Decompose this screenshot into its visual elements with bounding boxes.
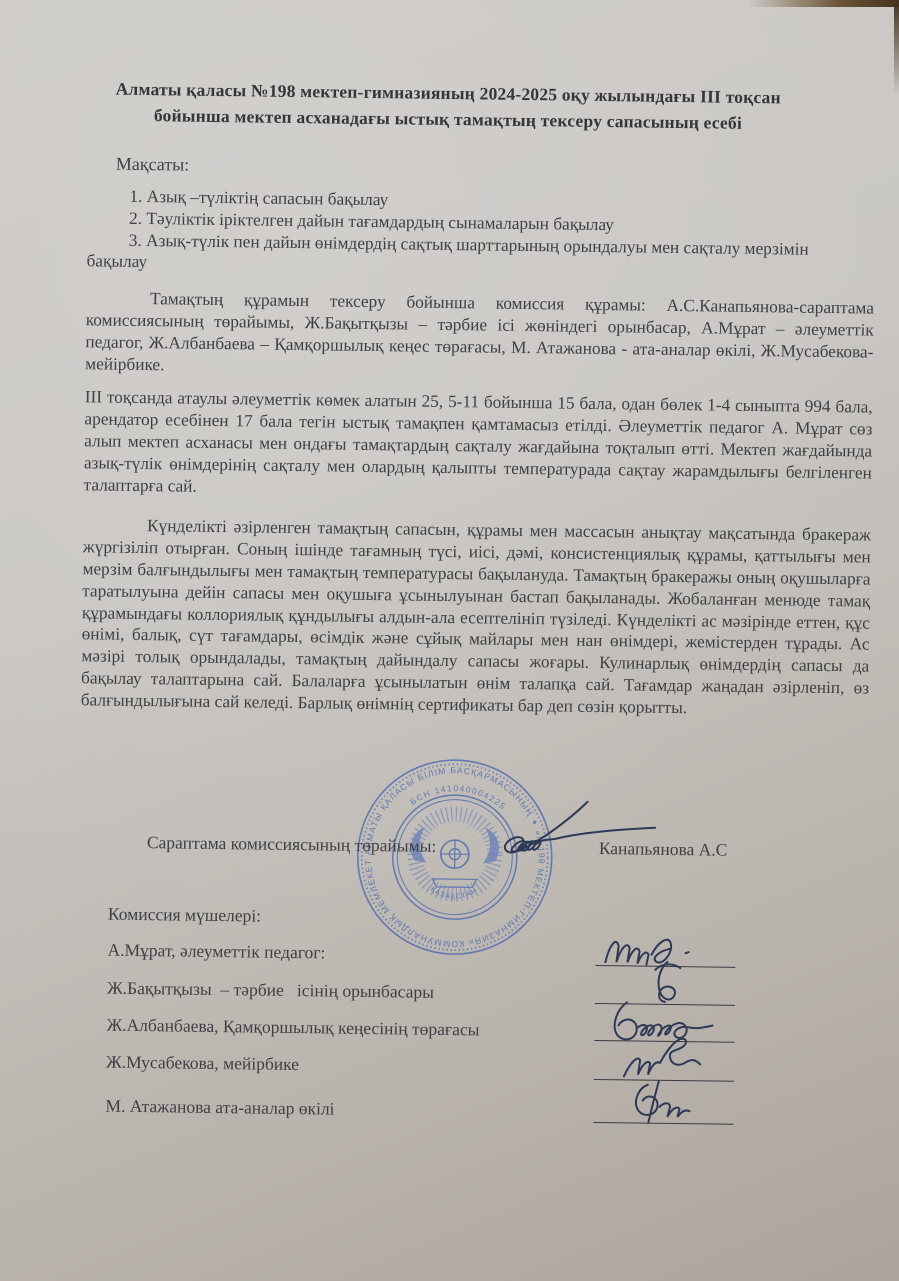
goal-item-3: 3. Азық-түлік пен дайын өнімдердің сақты… [86, 229, 869, 283]
member-label-murat: А.Мұрат, әлеуметтік педагог: [107, 940, 325, 964]
stamp-center-text: ҚАЗАҚСТАН [429, 886, 479, 901]
member-label-musabekova: Ж.Мусабекова, мейірбике [106, 1052, 299, 1076]
chair-signature-label: Сараптама комиссиясының төрайымы: [147, 832, 437, 857]
paragraph-brakerage: Күнделікті әзірленген тамақтың сапасын, … [81, 515, 872, 721]
member-label-albanbayeva: Ж.Албанбаева, Қамқоршылық кеңесінің төра… [106, 1015, 479, 1041]
member-label-atazhanova: М. Атажанова ата-аналар өкілі [105, 1096, 334, 1120]
purpose-label: Мақсаты: [116, 153, 897, 185]
paragraph-commission: Тамақтың құрамын тексеру бойынша комисси… [85, 287, 874, 384]
paragraph-quarter-report: III тоқсанда атаулы әлеуметтік көмек ала… [83, 387, 872, 506]
scanned-document-photo: { "colors":{"paper":"#c6c2bd","ink":"#3f… [0, 0, 899, 1281]
signature-atazhanova [617, 1074, 728, 1125]
goal-list: 1. Азық –түліктің сапасын бақылау 2. Тәу… [86, 185, 869, 282]
member-label-bakytkyzy: Ж.Бақытқызы – тәрбие ісінің орынбасары [107, 978, 434, 1003]
members-label: Комиссия мүшелері: [108, 904, 261, 927]
chair-signature-name: Канапьянова А.С [599, 838, 728, 861]
document-page: Алматы қаласы №198 мектеп-гимназияның 20… [0, 0, 899, 1281]
document-title: Алматы қаласы №198 мектеп-гимназияның 20… [63, 75, 834, 137]
